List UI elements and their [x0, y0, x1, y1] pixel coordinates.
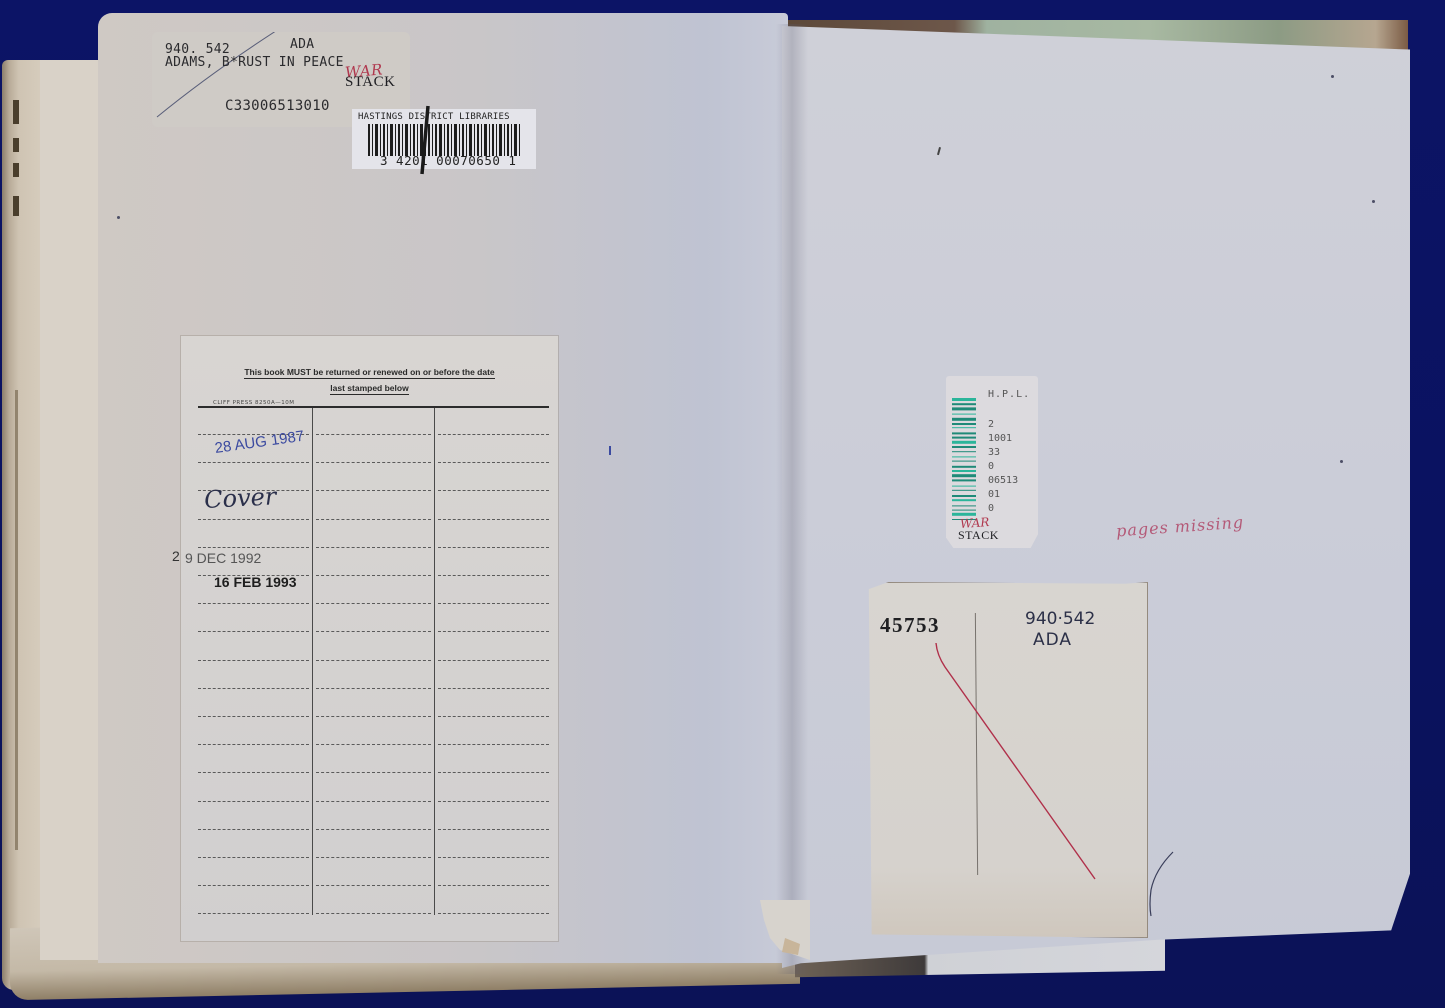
slip-ruled-line	[438, 631, 549, 632]
slip-ruled-line	[198, 913, 309, 914]
slip-ruled-line	[316, 547, 431, 548]
marker-slash	[418, 104, 432, 176]
item-code: C33006513010	[225, 98, 330, 114]
hpl-barcode-label: H.P.L. 2 1001 33 0 06513 01 0 WAR STACK	[946, 376, 1038, 548]
stack-stamp: STACK	[345, 74, 395, 91]
slip-ruled-line	[316, 631, 431, 632]
slip-ruled-line	[316, 716, 431, 717]
hpl-code: 0	[988, 461, 994, 472]
slip-ruled-line	[316, 575, 431, 576]
fore-edge-shadow	[15, 390, 18, 850]
slip-ruled-line	[438, 744, 549, 745]
date-stamp-1992: 9 DEC 1992	[185, 550, 261, 566]
date-due-slip: This book MUST be returned or renewed on…	[181, 336, 558, 941]
fore-edge-mark	[13, 196, 19, 216]
ink-mark	[609, 446, 611, 455]
hpl-code: 33	[988, 447, 1000, 458]
paper-speck	[1331, 75, 1334, 78]
slip-ruled-line	[438, 913, 549, 914]
date-stamp-day-prefix: 2	[172, 548, 180, 564]
book-pocket: 45753 940·542 ADA	[866, 582, 1148, 938]
date-stamp-1987: 28 AUG 1987	[214, 428, 306, 457]
title-line: ADAMS, B*RUST IN PEACE	[165, 55, 344, 70]
slip-ruled-line	[316, 829, 431, 830]
hpl-code: 0	[988, 503, 994, 514]
slip-ruled-line	[438, 857, 549, 858]
slip-ruled-line	[198, 603, 309, 604]
slip-header-line-2: last stamped below	[181, 383, 558, 393]
torn-corner	[740, 900, 810, 960]
slip-ruled-line	[316, 772, 431, 773]
slip-ruled-line	[198, 716, 309, 717]
slip-top-rule	[198, 406, 549, 408]
date-stamp-1993: 16 FEB 1993	[214, 574, 297, 590]
book-gutter	[776, 24, 808, 974]
slip-ruled-line	[198, 519, 309, 520]
slip-ruled-line	[438, 462, 549, 463]
pen-squiggle	[1145, 850, 1175, 920]
slip-ruled-line	[316, 857, 431, 858]
slip-ruled-line	[438, 575, 549, 576]
fore-edge-mark	[13, 100, 19, 124]
slip-ruled-line	[316, 519, 431, 520]
paper-speck	[1340, 460, 1343, 463]
slip-ruled-line	[316, 603, 431, 604]
slip-ruled-line	[438, 829, 549, 830]
slip-ruled-line	[316, 462, 431, 463]
slip-ruled-line	[316, 801, 431, 802]
slip-ruled-line	[438, 434, 549, 435]
slip-ruled-line	[316, 913, 431, 914]
slip-column-divider	[434, 408, 435, 915]
slip-column-divider	[312, 408, 313, 915]
slip-ruled-line	[316, 490, 431, 491]
slip-ruled-line	[438, 716, 549, 717]
slip-ruled-line	[438, 801, 549, 802]
slip-ruled-line	[316, 660, 431, 661]
fore-edge-mark	[13, 138, 19, 152]
slip-ruled-line	[198, 885, 309, 886]
slip-ruled-line	[198, 857, 309, 858]
stack-stamp: STACK	[958, 528, 999, 543]
slip-ruled-line	[438, 490, 549, 491]
slip-ruled-line	[198, 772, 309, 773]
author-code: ADA	[290, 37, 314, 52]
slip-ruled-line	[198, 688, 309, 689]
slip-ruled-line	[316, 688, 431, 689]
slip-ruled-line	[438, 688, 549, 689]
slip-ruled-line	[198, 660, 309, 661]
vertical-barcode-icon	[952, 398, 976, 520]
hpl-code: 1001	[988, 433, 1012, 444]
hpl-code: 01	[988, 489, 1000, 500]
barcode-number: 3 4201 00070650 1	[380, 153, 516, 168]
slip-ruled-line	[438, 660, 549, 661]
fore-edge-mark	[13, 163, 19, 177]
slip-header-line-1: This book MUST be returned or renewed on…	[181, 367, 558, 377]
barcode-icon	[368, 124, 520, 156]
slip-ruled-line	[198, 631, 309, 632]
slip-ruled-line	[316, 434, 431, 435]
slip-ruled-line	[438, 519, 549, 520]
paper-speck	[117, 216, 120, 219]
handwritten-cover: Cover	[204, 482, 277, 514]
slip-ruled-line	[438, 547, 549, 548]
slip-ruled-line	[198, 462, 309, 463]
slip-ruled-line	[316, 744, 431, 745]
library-name: HASTINGS DISTRICT LIBRARIES	[358, 112, 510, 122]
pen-strike-line	[867, 583, 1149, 939]
slip-ruled-line	[198, 547, 309, 548]
hpl-code: 2	[988, 419, 994, 430]
paper-speck	[1372, 200, 1375, 203]
library-barcode-sticker: HASTINGS DISTRICT LIBRARIES 3 4201 00070…	[352, 109, 536, 169]
hpl-code: 06513	[988, 475, 1018, 486]
slip-ruled-line	[198, 829, 309, 830]
slip-ruled-line	[438, 603, 549, 604]
slip-ruled-line	[438, 885, 549, 886]
slip-ruled-line	[438, 772, 549, 773]
slip-ruled-line	[198, 801, 309, 802]
slip-ruled-line	[316, 885, 431, 886]
hpl-header: H.P.L.	[988, 389, 1030, 400]
slip-ruled-line	[198, 744, 309, 745]
